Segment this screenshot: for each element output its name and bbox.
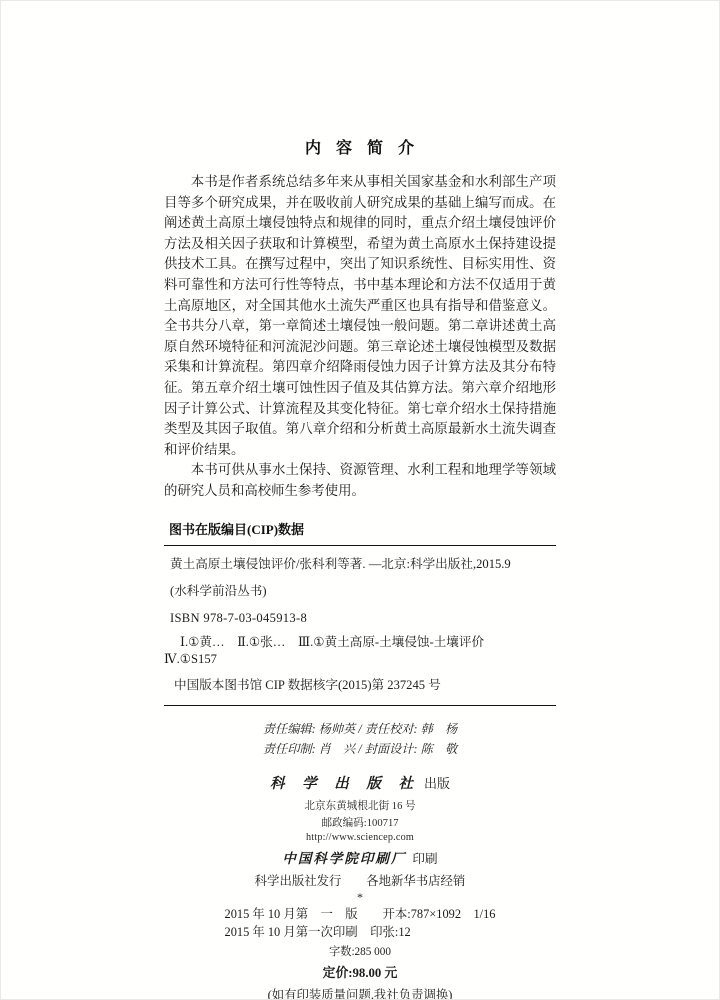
cip-isbn: ISBN 978-7-03-045913-8 — [170, 611, 556, 626]
cip-classification-2: Ⅳ.①S157 — [164, 652, 556, 667]
distribution-line: 科学出版社发行 各地新华书店经销 — [164, 871, 556, 889]
cip-record: 黄土高原土壤侵蚀评价/张科利等著. —北京:科学出版社,2015.9 — [170, 557, 556, 572]
cip-registry-number: 中国版本图书馆 CIP 数据核字(2015)第 237245 号 — [174, 678, 556, 693]
word-count: 字数:285 000 — [164, 943, 556, 959]
publisher-suffix: 出版 — [424, 776, 450, 791]
printing-run-line: 2015 年 10 月第一次印刷 印张:12 — [225, 923, 496, 942]
edition-line: 2015 年 10 月第 一 版 开本:787×1092 1/16 — [225, 905, 496, 924]
cip-series: (水科学前沿丛书) — [170, 584, 556, 599]
credit-printing-line: 责任印制: 肖 兴 / 封面设计: 陈 敬 — [164, 739, 556, 759]
asterisk-separator: * — [164, 892, 556, 902]
cip-block: 图书在版编目(CIP)数据 黄土高原土壤侵蚀评价/张科利等著. —北京:科学出版… — [164, 519, 556, 706]
publisher-website: http://www.sciencep.com — [164, 832, 556, 843]
intro-paragraph-1: 本书是作者系统总结多年来从事相关国家基金和水利部生产项目等多个研究成果，并在吸收… — [164, 172, 556, 460]
publisher-address: 北京东黄城根北街 16 号 — [164, 798, 556, 813]
publisher-line: 科 学 出 版 社出版 — [164, 772, 556, 793]
printer-logotype: 中国科学院印刷厂 — [282, 851, 406, 866]
publisher-logotype: 科 学 出 版 社 — [270, 776, 420, 792]
printer-line: 中国科学院印刷厂印刷 — [164, 847, 556, 867]
cip-bottom-divider — [164, 705, 556, 706]
intro-paragraph-2: 本书可供从事水土保持、资源管理、水利工程和地理学等领域的研究人员和高校师生参考使… — [164, 460, 556, 501]
quality-notice: (如有印装质量问题,我社负责调换) — [164, 985, 556, 1000]
book-copyright-page: 内 容 简 介 本书是作者系统总结多年来从事相关国家基金和水利部生产项目等多个研… — [0, 0, 720, 1000]
page-content: 内 容 简 介 本书是作者系统总结多年来从事相关国家基金和水利部生产项目等多个研… — [164, 1, 556, 1000]
staff-credits: 责任编辑: 杨帅英 / 责任校对: 韩 杨 责任印制: 肖 兴 / 封面设计: … — [164, 719, 556, 759]
price: 定价:98.00 元 — [164, 962, 556, 981]
cip-top-divider — [164, 545, 556, 546]
section-title: 内 容 简 介 — [164, 135, 556, 158]
credit-editor-line: 责任编辑: 杨帅英 / 责任校对: 韩 杨 — [164, 719, 556, 739]
cip-header: 图书在版编目(CIP)数据 — [164, 519, 556, 538]
printer-suffix: 印刷 — [412, 852, 437, 866]
imprint-block: 科 学 出 版 社出版 北京东黄城根北街 16 号 邮政编码:100717 ht… — [164, 772, 556, 1000]
cip-classification-1: Ⅰ.①黄… Ⅱ.①张… Ⅲ.①黄土高原-土壤侵蚀-土壤评价 — [170, 635, 556, 650]
publisher-postcode: 邮政编码:100717 — [164, 815, 556, 830]
edition-block: 2015 年 10 月第 一 版 开本:787×1092 1/16 2015 年… — [164, 905, 556, 942]
